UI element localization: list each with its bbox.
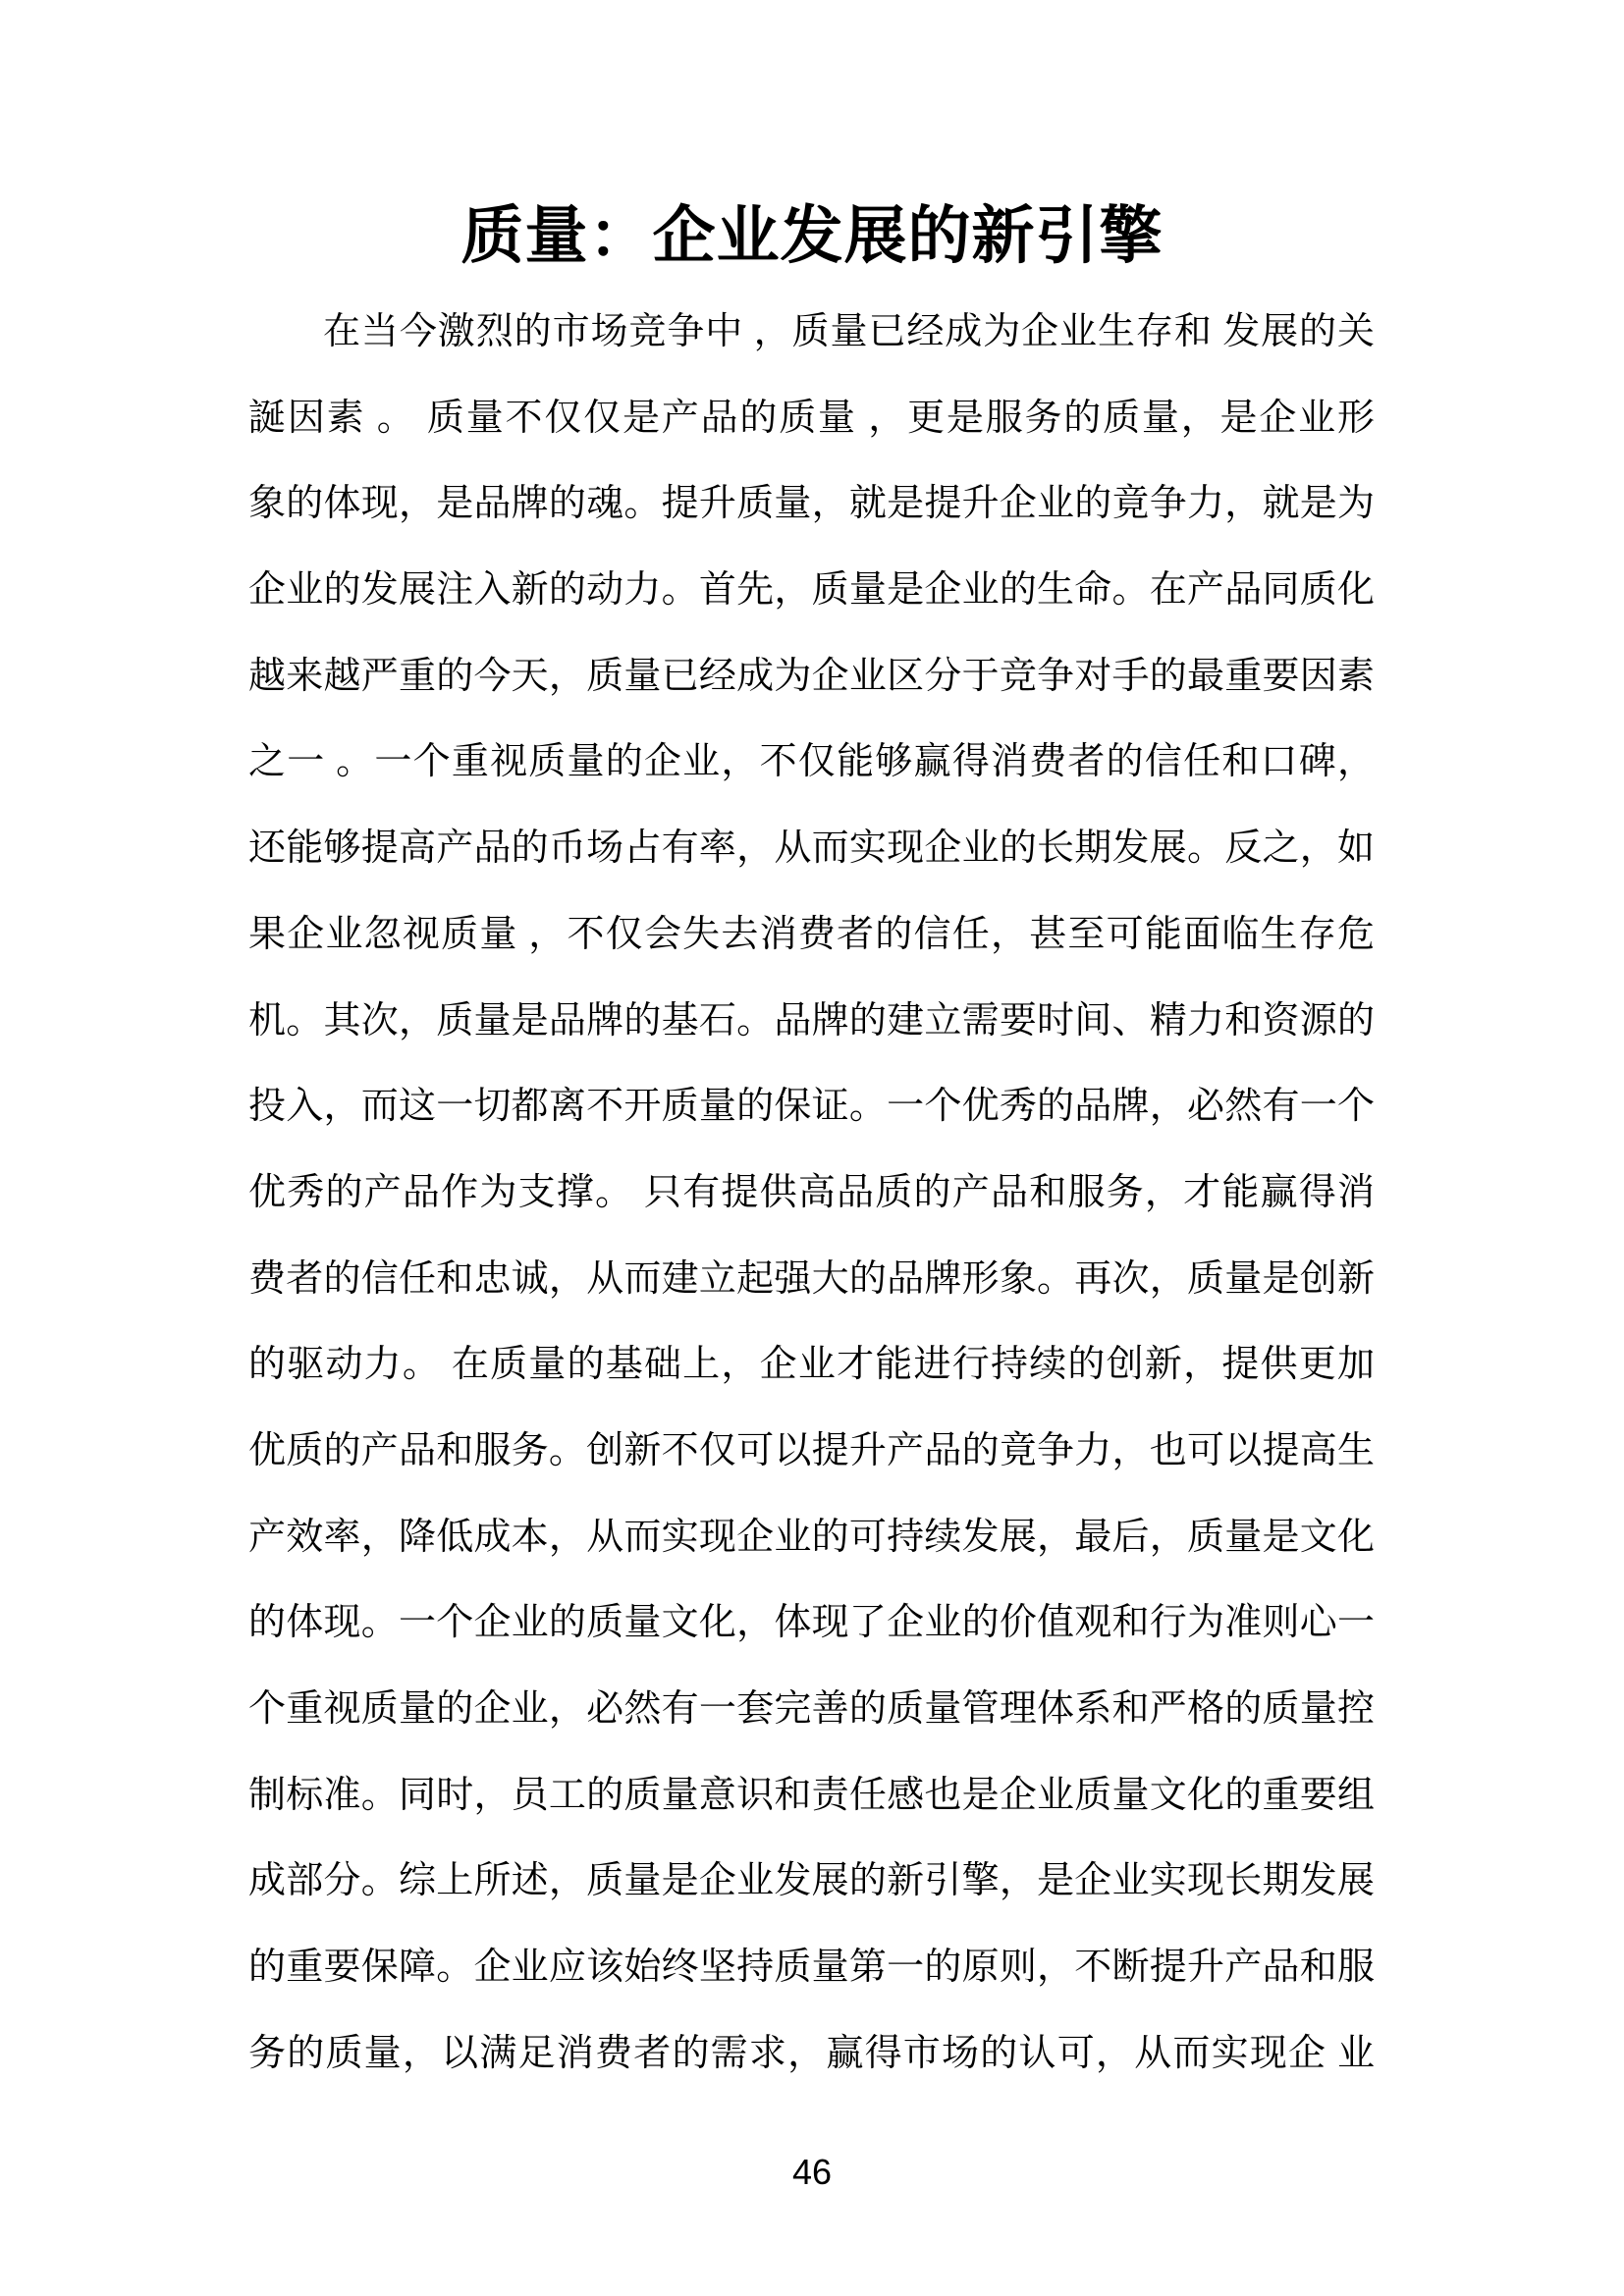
body-line: 果企业忽视质量 ，不仅会失去消费者的信任，甚至可能面临生存危 — [248, 892, 1375, 979]
body-line: 优秀的产品作为支撑。 只有提供高品质的产品和服务，才能赢得消 — [248, 1150, 1375, 1237]
page-number: 46 — [0, 2151, 1624, 2194]
body-line: 越来越严重的今天，质量已经成为企业区分于竞争对手的最重要因素 — [248, 634, 1375, 721]
body-line: 的重要保障。企业应该始终坚持质量第一的原则，不断提升产品和服 — [248, 1925, 1375, 2011]
body-line: 还能够提高产品的币场占有率，从而实现企业的长期发展。反之，如 — [248, 806, 1375, 892]
document-page: 质量：企业发展的新引擎 在当今激烈的市场竞争中 ，质量已经成为企业生存和 发展的… — [0, 0, 1624, 2296]
body-line: 在当今激烈的市场竞争中 ，质量已经成为企业生存和 发展的关 — [248, 290, 1375, 376]
body-line: 的体现。一个企业的质量文化，体现了企业的价值观和行为准则心一 — [248, 1580, 1375, 1667]
body-line: 成部分。综上所述，质量是企业发展的新引擎，是企业实现长期发展 — [248, 1839, 1375, 1925]
body-line: 象的体现，是品牌的魂。提升质量，就是提升企业的竟争力，就是为 — [248, 461, 1375, 548]
body-line: 投入，而这一切都离不开质量的保证。一个优秀的品牌，必然有一个 — [248, 1064, 1375, 1150]
body-line: 企业的发展注入新的动力。首先，质量是企业的生命。在产品同质化 — [248, 548, 1375, 634]
page-title: 质量：企业发展的新引擎 — [0, 192, 1624, 281]
body-line: 优质的产品和服务。创新不仅可以提升产品的竟争力，也可以提高生 — [248, 1409, 1375, 1495]
body-line: 产效率，降低成本，从而实现企业的可持续发展，最后，质量是文化 — [248, 1495, 1375, 1581]
body-line: 机。其次，质量是品牌的基石。品牌的建立需要时间、精力和资源的 — [248, 979, 1375, 1065]
body-line: 个重视质量的企业，必然有一套完善的质量管理体系和严格的质量控 — [248, 1667, 1375, 1753]
body-line: 誕因素 。 质量不仅仅是产品的质量 ，更是服务的质量，是企业形 — [248, 376, 1375, 462]
body-line: 的驱动力。 在质量的基础上，企业才能进行持续的创新，提供更加 — [248, 1322, 1375, 1409]
body-line: 之一 。一个重视质量的企业，不仅能够赢得消费者的信任和口碑， — [248, 720, 1375, 806]
document-body: 在当今激烈的市场竞争中 ，质量已经成为企业生存和 发展的关 誕因素 。 质量不仅… — [248, 290, 1375, 2097]
body-line: 制标准。同时，员工的质量意识和责任感也是企业质量文化的重要组 — [248, 1753, 1375, 1840]
body-line: 务的质量，以满足消费者的需求，赢得市场的认可，从而实现企 业 — [248, 2011, 1375, 2098]
body-line: 费者的信任和忠诚，从而建立起强大的品牌形象。再次，质量是创新 — [248, 1237, 1375, 1323]
